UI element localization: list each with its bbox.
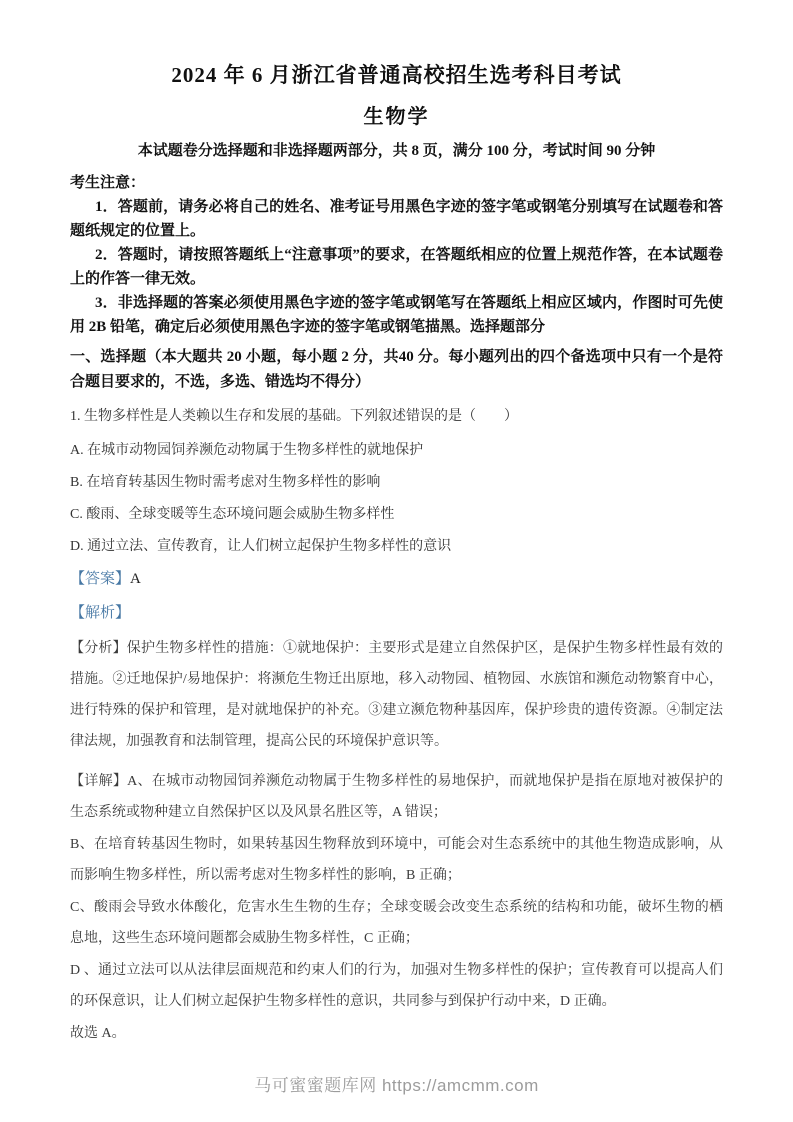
analysis-label-line: 【解析】 [70,603,723,624]
footer-watermark: 马可蜜蜜题库网 https://amcmm.com [0,1071,793,1096]
notice-item-1: 1．答题前，请务必将自己的姓名、准考证号用黑色字迹的签字笔或钢笔分别填写在试题卷… [70,195,723,243]
question-1-option-b: B. 在培育转基因生物时需考虑对生物多样性的影响 [70,473,723,492]
detail-paragraph-b: B、在培育转基因生物时，如果转基因生物释放到环境中，可能会对生态系统中的其他生物… [70,829,723,891]
analysis-paragraph: 【分析】保护生物多样性的措施：①就地保护：主要形式是建立自然保护区，是保护生物多… [70,633,723,757]
detail-paragraph-d: D 、通过立法可以从法律层面规范和约束人们的行为，加强对生物多样性的保护；宣传教… [70,955,723,1017]
answer-label: 【答案】 [70,571,130,587]
exam-subject: 生物学 [70,105,723,130]
conclusion-line: 故选 A。 [70,1018,723,1049]
notice-item-3: 3．非选择题的答案必须使用黑色字迹的签字笔或钢笔写在答题纸上相应区域内，作图时可… [70,291,723,339]
question-1-option-a: A. 在城市动物园饲养濒危动物属于生物多样性的就地保护 [70,441,723,460]
detail-paragraph-c: C、酸雨会导致水体酸化，危害水生生物的生存；全球变暖会改变生态系统的结构和功能，… [70,892,723,954]
notice-item-2: 2．答题时，请按照答题纸上“注意事项”的要求，在答题纸相应的位置上规范作答，在本… [70,243,723,291]
exam-page: 2024 年 6 月浙江省普通高校招生选考科目考试 生物学 本试题卷分选择题和非… [0,0,793,1122]
exam-title: 2024 年 6 月浙江省普通高校招生选考科目考试 [70,62,723,88]
question-1-option-d: D. 通过立法、宣传教育，让人们树立起保护生物多样性的意识 [70,537,723,556]
exam-info-line: 本试题卷分选择题和非选择题两部分，共 8 页，满分 100 分，考试时间 90 … [70,141,723,162]
section-header: 一、选择题（本大题共 20 小题，每小题 2 分，共40 分。每小题列出的四个备… [70,345,723,395]
notice-label: 考生注意： [70,171,723,195]
answer-line: 【答案】A [70,569,723,590]
analysis-label: 【解析】 [70,605,130,621]
question-1-text: 1. 生物多样性是人类赖以生存和发展的基础。下列叙述错误的是（ ） [70,407,723,426]
detail-paragraph-a: 【详解】A、在城市动物园饲养濒危动物属于生物多样性的易地保护，而就地保护是指在原… [70,766,723,828]
question-1-option-c: C. 酸雨、全球变暖等生态环境问题会威胁生物多样性 [70,505,723,524]
answer-value: A [130,571,141,587]
